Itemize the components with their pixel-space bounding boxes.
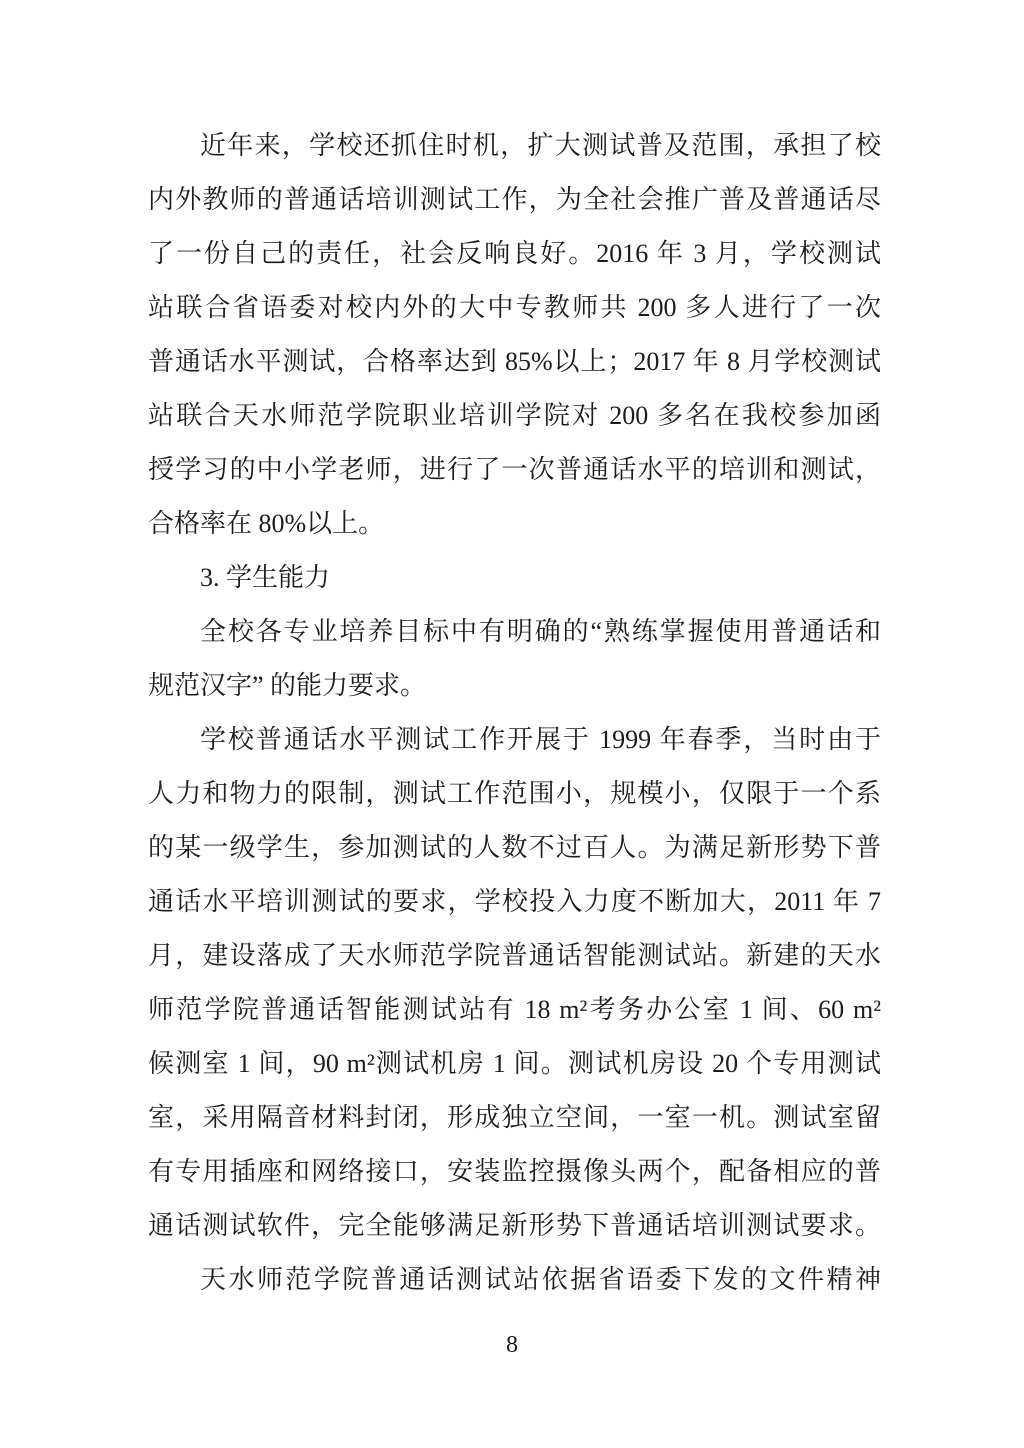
text-line: 合格率在 80%以上。 — [148, 497, 881, 551]
text-line: 近年来，学校还抓住时机，扩大测试普及范围，承担了校 — [148, 119, 881, 173]
text-line: 候测室 1 间，90 m²测试机房 1 间。测试机房设 20 个专用测试 — [148, 1037, 881, 1091]
text-line: 站联合省语委对校内外的大中专教师共 200 多人进行了一次 — [148, 281, 881, 335]
text-line: 师范学院普通话智能测试站有 18 m²考务办公室 1 间、60 m² — [148, 983, 881, 1037]
text-line: 室，采用隔音材料封闭，形成独立空间，一室一机。测试室留 — [148, 1091, 881, 1145]
text-line: 月，建设落成了天水师范学院普通话智能测试站。新建的天水 — [148, 929, 881, 983]
text-line: 通话水平培训测试的要求，学校投入力度不断加大，2011 年 7 — [148, 875, 881, 929]
text-line: 授学习的中小学老师，进行了一次普通话水平的培训和测试， — [148, 443, 881, 497]
text-line: 有专用插座和网络接口，安装监控摄像头两个，配备相应的普 — [148, 1145, 881, 1199]
page-number: 8 — [0, 1330, 1024, 1360]
document-page: 近年来，学校还抓住时机，扩大测试普及范围，承担了校 内外教师的普通话培训测试工作… — [0, 0, 1024, 1448]
text-line: 天水师范学院普通话测试站依据省语委下发的文件精神 — [148, 1253, 881, 1307]
text-block: 近年来，学校还抓住时机，扩大测试普及范围，承担了校 内外教师的普通话培训测试工作… — [148, 119, 881, 1307]
text-line: 人力和物力的限制，测试工作范围小，规模小，仅限于一个系 — [148, 767, 881, 821]
text-line: 通话测试软件，完全能够满足新形势下普通话培训测试要求。 — [148, 1199, 881, 1253]
section-heading: 3. 学生能力 — [148, 551, 881, 605]
text-line: 全校各专业培养目标中有明确的“熟练掌握使用普通话和 — [148, 605, 881, 659]
text-line: 内外教师的普通话培训测试工作，为全社会推广普及普通话尽 — [148, 173, 881, 227]
text-line: 站联合天水师范学院职业培训学院对 200 多名在我校参加函 — [148, 389, 881, 443]
text-line: 规范汉字” 的能力要求。 — [148, 659, 881, 713]
text-line: 的某一级学生，参加测试的人数不过百人。为满足新形势下普 — [148, 821, 881, 875]
text-line: 了一份自己的责任，社会反响良好。2016 年 3 月，学校测试 — [148, 227, 881, 281]
text-line: 学校普通话水平测试工作开展于 1999 年春季，当时由于 — [148, 713, 881, 767]
text-line: 普通话水平测试，合格率达到 85%以上；2017 年 8 月学校测试 — [148, 335, 881, 389]
